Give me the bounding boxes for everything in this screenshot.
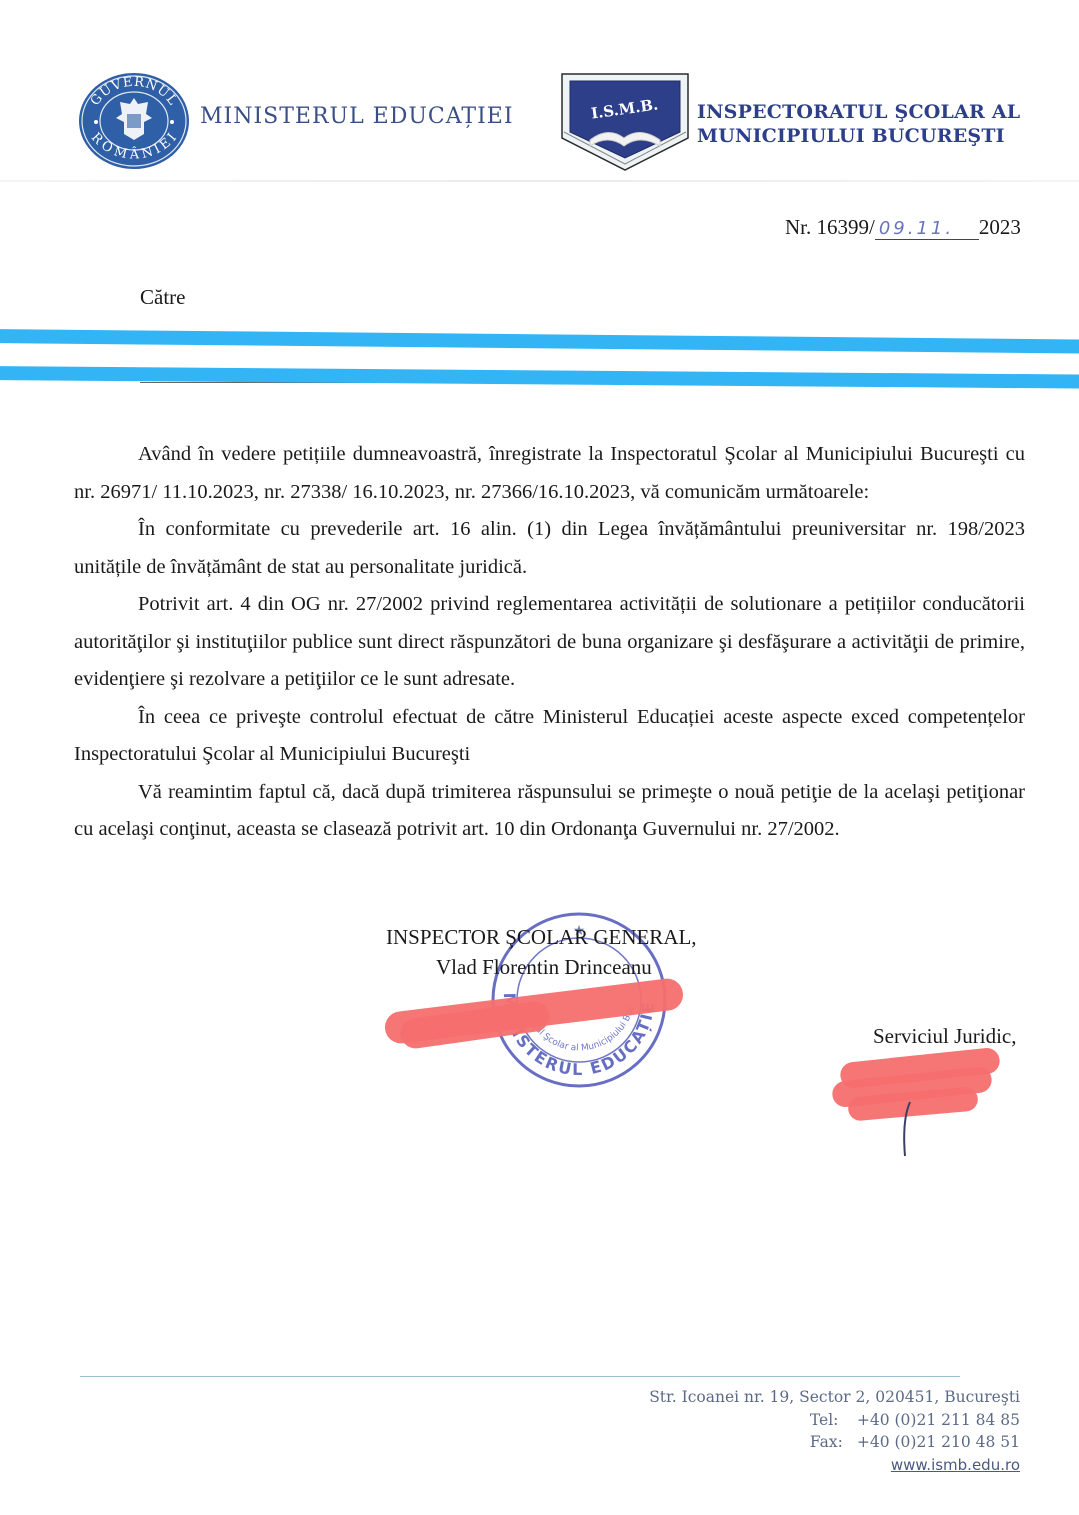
handwritten-date: 09.11. — [875, 218, 979, 240]
legal-service-title: Serviciul Juridic, — [873, 1024, 1016, 1049]
paragraph-og-27-2002: Potrivit art. 4 din OG nr. 27/2002 privi… — [74, 586, 1025, 699]
signatory-name: Vlad Florentin Drinceanu — [436, 955, 652, 980]
letter-body: Având în vedere petițiile dumneavoastră,… — [74, 436, 1025, 849]
guvernul-romaniei-seal-icon: GUVERNUL ROMÂNIEI — [78, 72, 190, 170]
ministry-title: MINISTERUL EDUCAȚIEI — [200, 104, 514, 129]
ismb-title: INSPECTORATUL ŞCOLAR AL MUNICIPIULUI BUC… — [697, 100, 1020, 148]
recipient-address-redaction — [0, 366, 1079, 389]
footer-fax: Fax: +40 (0)21 210 48 51 — [600, 1431, 1020, 1454]
paragraph-legal-personality: În conformitate cu prevederile art. 16 a… — [74, 511, 1025, 586]
signatory-title: INSPECTOR ŞCOLAR GENERAL, — [386, 925, 697, 950]
ismb-title-line2: MUNICIPIULUI BUCUREŞTI — [697, 124, 1020, 148]
recipient-label: Către — [140, 285, 185, 310]
ismb-shield-icon: I.S.M.B. — [560, 72, 690, 172]
footer-address: Str. Icoanei nr. 19, Sector 2, 020451, B… — [600, 1386, 1020, 1409]
signature-pen-stroke — [896, 1100, 916, 1160]
recipient-name-redaction — [0, 329, 1079, 354]
paragraph-reminder: Vă reamintim faptul că, dacă după trimit… — [74, 774, 1025, 849]
ismb-title-line1: INSPECTORATUL ŞCOLAR AL — [697, 100, 1020, 124]
registration-year: 2023 — [979, 215, 1021, 239]
registration-number: Nr. 16399/09.11.2023 — [785, 215, 1021, 240]
header-divider — [0, 180, 1079, 182]
paragraph-ministry-control: În ceea ce priveşte controlul efectuat d… — [74, 699, 1025, 774]
footer-website-link[interactable]: www.ismb.edu.ro — [891, 1456, 1020, 1474]
footer-tel: Tel: +40 (0)21 211 84 85 — [600, 1409, 1020, 1432]
footer-divider — [80, 1376, 960, 1377]
registration-prefix: Nr. 16399/ — [785, 215, 875, 239]
footer-contact: Str. Icoanei nr. 19, Sector 2, 020451, B… — [600, 1386, 1020, 1476]
paragraph-petitions: Având în vedere petițiile dumneavoastră,… — [74, 436, 1025, 511]
